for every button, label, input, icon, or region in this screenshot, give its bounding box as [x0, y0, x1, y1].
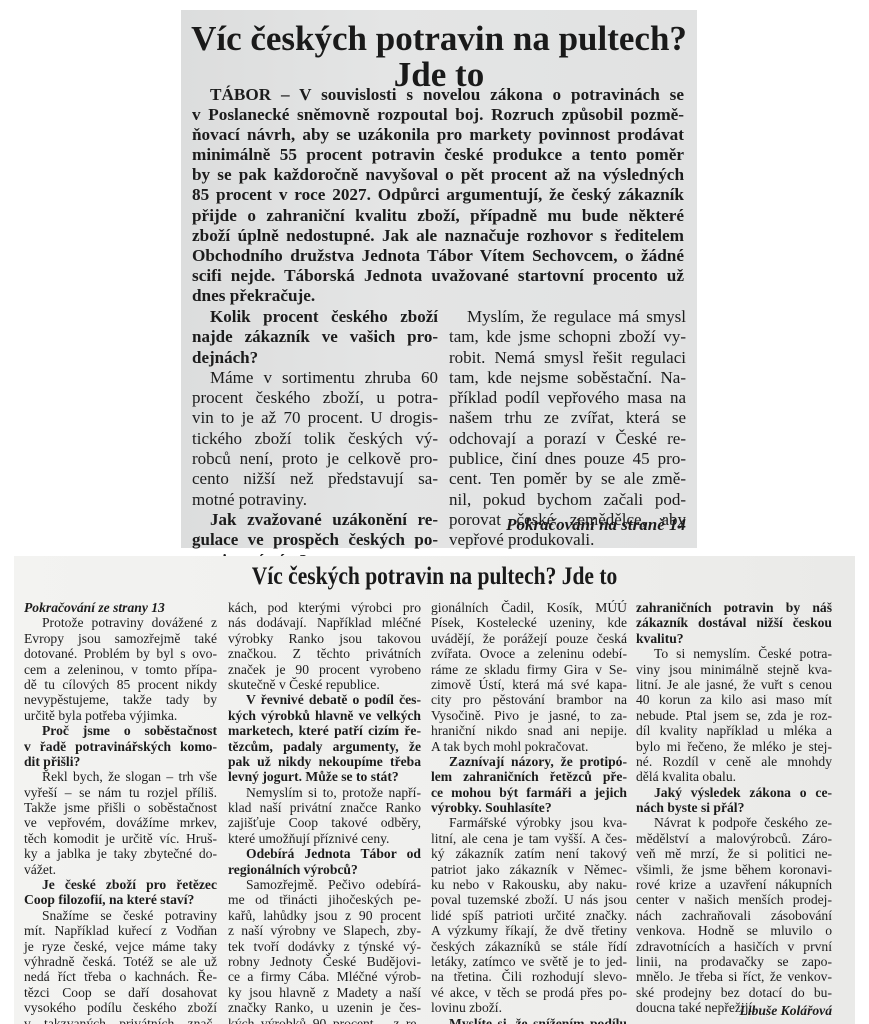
column-1: Pokračování ze strany 13Protože potravin…: [24, 600, 217, 1024]
text-line: tězcům, padaly argumenty, že: [228, 739, 421, 754]
text-line: veň mě mrzí, že si politici ne-: [636, 846, 832, 861]
text-line: Nemyslím si to, protože napří-: [228, 785, 421, 800]
text-line: značkou. Z těchto privátních: [228, 646, 421, 661]
continued-note-wrap: Pokračování na straně 14: [449, 515, 686, 535]
text-line: Písek, Kostelecké uzeniny, kde: [431, 615, 627, 630]
text-line: dělá kvalita obalu.: [636, 769, 832, 784]
text-line: nevypěstujeme, takže tady by: [24, 692, 217, 707]
text-line: zboží úplně nedostupné. Jak ale naznačuj…: [192, 226, 684, 246]
text-line: Evropy jsou samozřejmě také: [24, 631, 217, 646]
text-line: patriot jako zákazník v Němec-: [431, 862, 627, 877]
text-line: city pro pěstování brambor na: [431, 692, 627, 707]
text-line: v řadě potravinářských komo-: [24, 739, 217, 754]
text-line: vážet.: [24, 862, 217, 877]
text-line: na třetina. Čili rozhodují slevo-: [431, 969, 627, 984]
text-line: určitě byla potřeba výjimka.: [24, 708, 217, 723]
text-line: poval tuzemské zboží. U nás jsou: [431, 892, 627, 907]
text-line: odchovají a porazí v České re-: [449, 429, 686, 449]
text-line: díl kvality například u mléka a: [636, 723, 832, 738]
text-line: viny jsou minimálně stejně kva-: [636, 662, 832, 677]
author-byline: Libuše Kolářová: [636, 1003, 832, 1018]
text-line: Myslím, že regulace má smysl: [449, 307, 686, 327]
text-line: ce mohou být farmáři a jejich: [431, 785, 627, 800]
article-clipping-bottom: Víc českých potravin na pultech? Jde to …: [14, 556, 855, 1024]
text-line: zahraničních potravin by náš: [636, 600, 832, 615]
text-line: ký zákazník zatím není takový: [431, 846, 627, 861]
text-line: výrobky Ranko jsou takovou: [228, 631, 421, 646]
text-line: v Poslanecké sněmovně rozpoutal boj. Roz…: [192, 105, 684, 125]
text-line: Jak zvažované uzákonění re-: [192, 510, 438, 530]
text-line: našem trhu ze zvířat, která se: [449, 408, 686, 428]
text-line: skutečně v České republice.: [228, 677, 421, 692]
text-line: nách byste si přál?: [636, 800, 832, 815]
text-line: klad naší privátní značce Ranko: [228, 800, 421, 815]
text-line: 85 procent v roce 2027. Odpůrci argument…: [192, 185, 684, 205]
text-line: TÁBOR – V souvislosti s novelou zákona o…: [192, 85, 684, 105]
text-line: zimově Ústí, která má své kapa-: [431, 677, 627, 692]
text-line: ráme ze skladu firmy Gira v Se-: [431, 662, 627, 677]
text-line: mnělo. Je třeba si říct, že venkov-: [636, 969, 832, 984]
text-line: robny Jednoty České Budějovi-: [228, 954, 421, 969]
text-line: lovinu zboží.: [431, 1000, 627, 1015]
text-line: Jaký výsledek zákona o ce-: [636, 785, 832, 800]
author-wrap: Libuše Kolářová: [636, 1003, 832, 1018]
text-line: z naší výrobny ve Slapech, zby-: [228, 923, 421, 938]
text-line: procent českého zboží, u potra-: [192, 388, 438, 408]
text-line: Obchodního družstva Jednota Tábor Vítem …: [192, 246, 684, 266]
text-line: né. Rozdíl v ceně ale mnohdy: [636, 754, 832, 769]
text-line: rové krize a uzavření nákupních: [636, 877, 832, 892]
text-line: by se pak každoročně navyšoval o pět pro…: [192, 165, 684, 185]
text-line: Řekl bych, že slogan – trh vše: [24, 769, 217, 784]
column-2: kách, pod kterými výrobci pronás dodávaj…: [228, 600, 421, 1024]
text-line: vyřeší – se nám tu rozjel příliš.: [24, 785, 217, 800]
text-line: lem zahraničních řetězců pře-: [431, 769, 627, 784]
text-line: To si nemyslím. České potra-: [636, 646, 832, 661]
text-line: zajišťuje Coop takové odběry,: [228, 815, 421, 830]
text-line: kých výrobků 90 procent – z re-: [228, 1016, 421, 1024]
text-line: litní, ale cena je tam vyšší. A čes-: [431, 831, 627, 846]
text-line: litní. Je ale jasné, že vuřt s cenou: [636, 677, 832, 692]
text-line: marketech, které patří cizím ře-: [228, 723, 421, 738]
text-line: Návrat k podpoře českého ze-: [636, 815, 832, 830]
text-line: zákazník dostával nižší českou: [636, 615, 832, 630]
text-line: gionálních Čadil, Kosík, MÚÚ: [431, 600, 627, 615]
text-line: Myslíte si, že snížením podílu: [431, 1016, 627, 1024]
text-line: center v našich menších prodej-: [636, 892, 832, 907]
text-line: tězci Coop se daří dosahovat: [24, 985, 217, 1000]
text-line: Je české zboží pro řetězec: [24, 877, 217, 892]
text-line: gulace ve prospěch českých po-: [192, 530, 438, 550]
text-line: Kolik procent českého zboží: [192, 307, 438, 327]
interview-column-left: Kolik procent českého zbožínajde zákazní…: [192, 307, 438, 571]
text-line: českých zákazníků se stále řídí: [431, 939, 627, 954]
text-line: všimli, že jsme během koronavi-: [636, 862, 832, 877]
column-3: gionálních Čadil, Kosík, MÚÚPísek, Koste…: [431, 600, 627, 1024]
text-line: hraniční nikdo snad ani nepije.: [431, 723, 627, 738]
text-line: výhradně česká. Totéž se ale už: [24, 954, 217, 969]
text-line: kách, pod kterými výrobci pro: [228, 600, 421, 615]
text-line: Coop filozofií, na které staví?: [24, 892, 217, 907]
headline: Víc českých potravin na pultech? Jde to: [73, 562, 796, 592]
text-line: dit přišli?: [24, 754, 217, 769]
text-line: 40 korun za kilo asi maso mít: [636, 692, 832, 707]
text-line: venkova. Hodně se mluvilo o: [636, 923, 832, 938]
text-line: tam, kde jsme schopni zboží vy-: [449, 327, 686, 347]
text-line: dotované. Problém by byl s ovo-: [24, 646, 217, 661]
text-line: značky Ranko, u uzenin je čes-: [228, 1000, 421, 1015]
text-line: kých výrobků hlavně ve velkých: [228, 708, 421, 723]
text-line: tického zboží tolik českých vý-: [192, 429, 438, 449]
text-line: vin to je až 70 procent. U drogis-: [192, 408, 438, 428]
text-line: mít. Například kuřecí z Vodňan: [24, 923, 217, 938]
text-line: vé akce, v těch se prodá přes po-: [431, 985, 627, 1000]
text-line: ve vepřovém, dovážíme mrkev,: [24, 815, 217, 830]
text-line: A tak bych mohl pokračovat.: [431, 739, 627, 754]
text-line: Pokračování ze strany 13: [24, 600, 217, 615]
text-line: nil, pokud bychom začali pod-: [449, 490, 686, 510]
text-line: nedá říct třeba o kachnách. Ře-: [24, 969, 217, 984]
text-line: robců není, proto je celkově pro-: [192, 449, 438, 469]
text-line: které umožňují příznivé ceny.: [228, 831, 421, 846]
text-line: motné potraviny.: [192, 490, 438, 510]
text-line: nás dodávají. Například mléčné: [228, 615, 421, 630]
text-line: bylo mi řečeno, že mléko je stej-: [636, 739, 832, 754]
text-line: ku nebo v Rakousku, aby naku-: [431, 877, 627, 892]
text-line: najde zákazník ve vašich pro-: [192, 327, 438, 347]
lead-paragraph: TÁBOR – V souvislosti s novelou zákona o…: [192, 85, 684, 306]
text-line: cent. Ten poměr by se ale změ-: [449, 469, 686, 489]
text-line: nách zachraňovali zásobování: [636, 908, 832, 923]
text-line: publice, činí dnes pouze 45 pro-: [449, 449, 686, 469]
text-line: kvalitu?: [636, 631, 832, 646]
text-line: linii, na prodavačky se zapo-: [636, 954, 832, 969]
article-clipping-top: Víc českých potravin na pultech? Jde to …: [181, 10, 697, 548]
text-line: je ryze české, vejce máme taky: [24, 939, 217, 954]
text-line: A výzkumy říkají, že dvě třetiny: [431, 923, 627, 938]
text-line: regionálních výrobců?: [228, 862, 421, 877]
text-line: Odebírá Jednota Tábor od: [228, 846, 421, 861]
text-line: Samozřejmě. Pečivo odebírá-: [228, 877, 421, 892]
text-line: značek je 90 procent vyrobeno: [228, 662, 421, 677]
text-line: dě tu cílových 85 procent nikdy: [24, 677, 217, 692]
text-line: dnes překračuje.: [192, 286, 684, 306]
text-line: Proč jsme o soběstačnost: [24, 723, 217, 738]
text-line: Vysočině. Pivo je jasné, to za-: [431, 708, 627, 723]
text-line: scifi nejde. Táborská Jednota uvažované …: [192, 266, 684, 286]
text-line: levný jogurt. Může se to stát?: [228, 769, 421, 784]
text-line: V řevnivé debatě o podíl čes-: [228, 692, 421, 707]
text-line: příklad podíl vepřového masa na: [449, 388, 686, 408]
text-line: Zaznívají názory, že protipó-: [431, 754, 627, 769]
text-line: těch komodit je určitě víc. Hruš-: [24, 831, 217, 846]
text-line: ky a jablka je taky zbytečné do-: [24, 846, 217, 861]
text-line: Takže jsme přišli o soběstačnost: [24, 800, 217, 815]
text-line: tam, kde nejsme soběstační. Na-: [449, 368, 686, 388]
text-line: vysokého podílu českého zboží: [24, 1000, 217, 1015]
text-line: kařů, lahůdky jsou z 90 procent: [228, 908, 421, 923]
text-line: Snažíme se české potraviny: [24, 908, 217, 923]
text-line: Máme v sortimentu zhruba 60: [192, 368, 438, 388]
text-line: tek tvoří dodávky z týnské vý-: [228, 939, 421, 954]
text-line: zdravotnících a hasičích v první: [636, 939, 832, 954]
text-line: přijde o zahraniční kvalitu zboží, přípa…: [192, 206, 684, 226]
text-line: nebude. Ptal jsem se, zda je roz-: [636, 708, 832, 723]
text-line: uvádějí, že porážejí pouze česká: [431, 631, 627, 646]
text-line: dejnách?: [192, 348, 438, 368]
text-line: zvířata. Ovoce a zeleninu odebí-: [431, 646, 627, 661]
text-line: cem a zeleninou, v tomto přípa-: [24, 662, 217, 677]
text-line: minimálně 55 procent potravin české prod…: [192, 145, 684, 165]
text-line: robit. Nemá smysl řešit regulaci: [449, 348, 686, 368]
text-line: lidé spíš patrioti určité značky.: [431, 908, 627, 923]
text-line: me od třinácti jihočeských pe-: [228, 892, 421, 907]
text-line: v takzvaných privátních znač-: [24, 1016, 217, 1024]
column-4: zahraničních potravin by nášzákazník dos…: [636, 600, 832, 1016]
text-line: Farmářské výrobky jsou kva-: [431, 815, 627, 830]
continued-note: Pokračování na straně 14: [449, 515, 686, 535]
text-line: cento nižší než představují sa-: [192, 469, 438, 489]
text-line: výrobky. Souhlasíte?: [431, 800, 627, 815]
text-line: pak už nikdy nekoupíme třeba: [228, 754, 421, 769]
text-line: letáky, zatímco ve světě je to jed-: [431, 954, 627, 969]
text-line: mědělství a malovýrobců. Záro-: [636, 831, 832, 846]
text-line: ské prodejny bez dotací do bu-: [636, 985, 832, 1000]
text-line: ce a firmy Cába. Mléčné výrob-: [228, 969, 421, 984]
text-line: ky jsou hlavně z Madety a naší: [228, 985, 421, 1000]
headline-line-1: Víc českých potravin na pultech?: [181, 20, 697, 58]
text-line: Protože potraviny dovážené z: [24, 615, 217, 630]
text-line: ňovací návrh, aby se uzákonila pro marke…: [192, 125, 684, 145]
